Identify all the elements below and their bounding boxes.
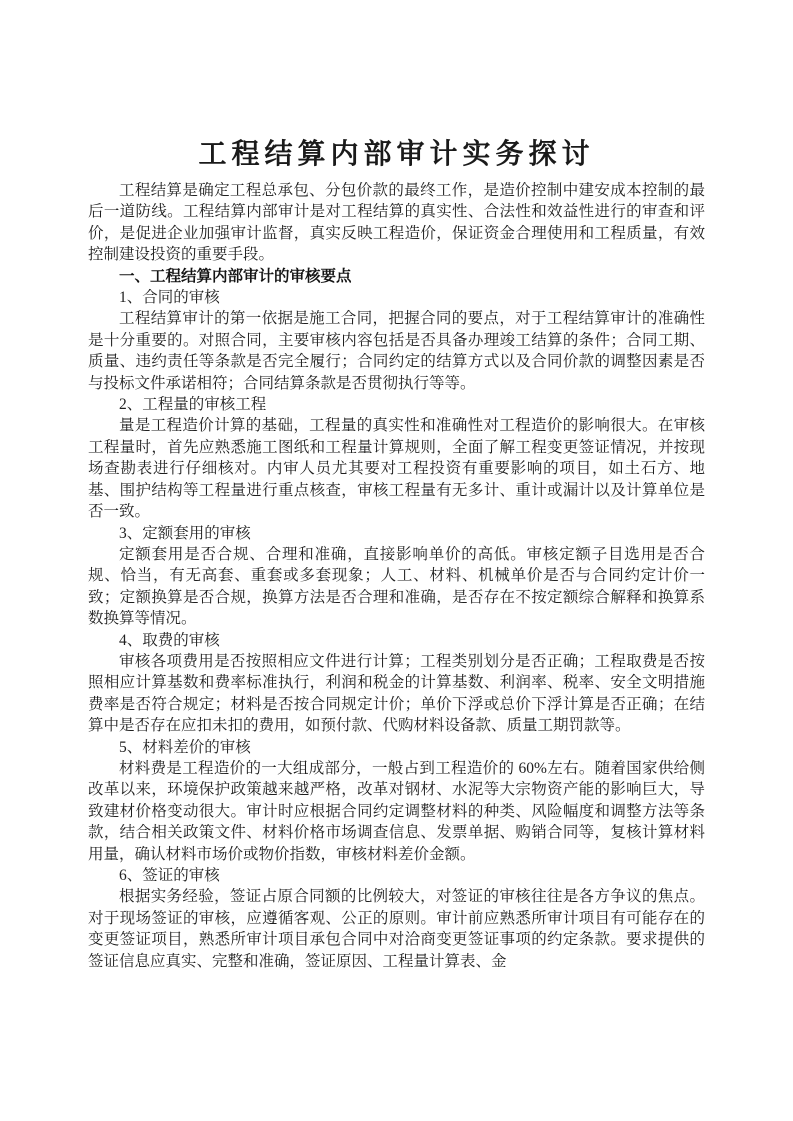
paragraph: 定额套用是否合规、合理和准确，直接影响单价的高低。审核定额子目选用是否合规、恰当…: [88, 544, 705, 630]
sub-heading: 3、定额套用的审核: [88, 523, 705, 544]
sub-heading: 5、材料差价的审核: [88, 737, 705, 758]
paragraph: 量是工程造价计算的基础，工程量的真实性和准确性对工程造价的影响很大。在审核工程量…: [88, 415, 705, 522]
paragraph: 审核各项费用是否按照相应文件进行计算；工程类别划分是否正确；工程取费是否按照相应…: [88, 651, 705, 737]
document-body: 工程结算是确定工程总承包、分包价款的最终工作，是造价控制中建安成本控制的最后一道…: [88, 180, 705, 972]
paragraph: 工程结算审计的第一依据是施工合同，把握合同的要点，对于工程结算审计的准确性是十分…: [88, 308, 705, 394]
sub-heading: 1、合同的审核: [88, 287, 705, 308]
sub-heading: 2、工程量的审核工程: [88, 394, 705, 415]
paragraph: 根据实务经验，签证占原合同额的比例较大，对签证的审核往往是各方争议的焦点。对于现…: [88, 886, 705, 972]
section-heading: 一、工程结算内部审计的审核要点: [88, 266, 705, 287]
document-page: 工程结算内部审计实务探讨 工程结算是确定工程总承包、分包价款的最终工作，是造价控…: [0, 0, 793, 1121]
sub-heading: 6、签证的审核: [88, 865, 705, 886]
paragraph: 工程结算是确定工程总承包、分包价款的最终工作，是造价控制中建安成本控制的最后一道…: [88, 180, 705, 266]
document-title: 工程结算内部审计实务探讨: [88, 134, 705, 176]
sub-heading: 4、取费的审核: [88, 630, 705, 651]
paragraph: 材料费是工程造价的一大组成部分，一般占到工程造价的 60%左右。随着国家供给侧改…: [88, 758, 705, 865]
